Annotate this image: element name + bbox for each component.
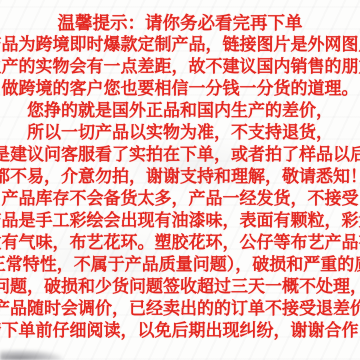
bottom-edge-smudge xyxy=(0,350,62,360)
notice-line: 产品为跨境即时爆款定制产品，链接图片是外网图片 xyxy=(0,34,360,56)
notice-line: 请下单前仔细阅读，以免后期出现纠纷，谢谢合作！ xyxy=(0,320,360,342)
notice-line: 问题，破损和少货问题签收超过三天一概不处理， xyxy=(0,276,360,298)
notice-line: 生产的实物会有一点差距，故不建议国内销售的朋友 xyxy=(0,56,360,78)
notice-line: 都不易，介意勿拍，谢谢支持和理解，敬请悉知！ xyxy=(0,166,360,188)
notice-line: 所以一切产品以实物为准，不支持退货， xyxy=(0,122,360,144)
notice-line: 正常特性，不属于产品质量问题），破损和严重的质 xyxy=(0,254,360,276)
notice-line: 产品库存不会备货太多，产品一经发货，不接受 xyxy=(0,188,360,210)
notice-line: 产品随时会调价，已经卖出的的订单不接受退差价 xyxy=(0,298,360,320)
notice-line: 是建议问客服看了实拍在下单，或者拍了样品以后 xyxy=(0,144,360,166)
notice-line: 盒有气味，布艺花环。塑胶花环，公仔等布艺产品有 xyxy=(0,232,360,254)
notice-title: 温馨提示：请你务必看完再下单 xyxy=(0,12,360,34)
notice-line: 做跨境的客户您也要相信一分钱一分货的道理。 xyxy=(0,78,360,100)
notice-text-block: 温馨提示：请你务必看完再下单 产品为跨境即时爆款定制产品，链接图片是外网图片 生… xyxy=(0,12,360,342)
notice-line: 产品是手工彩绘会出现有油漆味，表面有颗粒，彩盒 xyxy=(0,210,360,232)
product-notice-image: 温馨提示：请你务必看完再下单 产品为跨境即时爆款定制产品，链接图片是外网图片 生… xyxy=(0,0,360,360)
notice-line: 您挣的就是国外正品和国内生产的差价， xyxy=(0,100,360,122)
